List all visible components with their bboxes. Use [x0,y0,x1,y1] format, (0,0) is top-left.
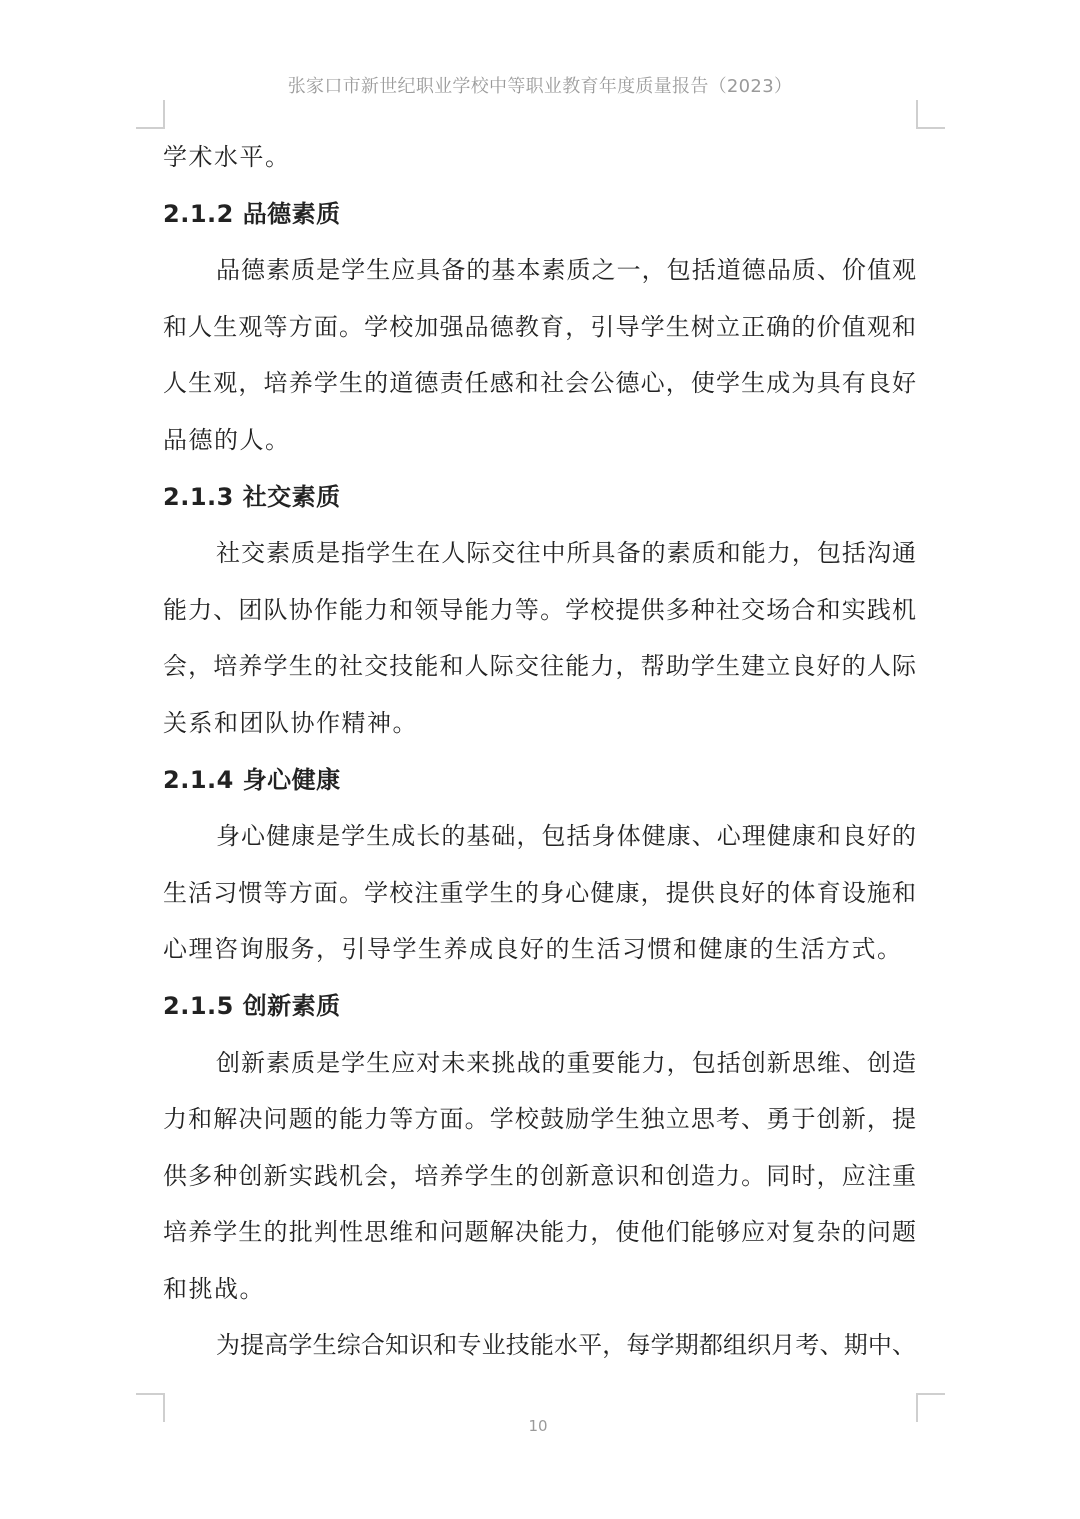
section-heading-2-1-2: 2.1.2 品德素质 [163,186,916,243]
body-text: 学术水平。 2.1.2 品德素质 品德素质是学生应具备的基本素质之一，包括道德品… [163,129,916,1374]
crop-mark-top-right [916,100,945,129]
paragraph-line: 品德的人。 [163,412,916,469]
paragraph-line: 培养学生的批判性思维和问题解决能力，使他们能够应对复杂的问题 [163,1204,916,1261]
paragraph-line: 为提高学生综合知识和专业技能水平，每学期都组织月考、期中、 [163,1317,916,1374]
paragraph-line: 生活习惯等方面。学校注重学生的身心健康，提供良好的体育设施和 [163,865,916,922]
paragraph-line: 会，培养学生的社交技能和人际交往能力，帮助学生建立良好的人际 [163,638,916,695]
paragraph-line: 和人生观等方面。学校加强品德教育，引导学生树立正确的价值观和 [163,299,916,356]
paragraph-line: 心理咨询服务，引导学生养成良好的生活习惯和健康的生活方式。 [163,921,916,978]
running-header: 张家口市新世纪职业学校中等职业教育年度质量报告（2023） [0,72,1080,102]
continuation-line: 学术水平。 [163,129,916,186]
paragraph-line: 和挑战。 [163,1261,916,1318]
paragraph-line: 创新素质是学生应对未来挑战的重要能力，包括创新思维、创造 [163,1035,916,1092]
paragraph-line: 社交素质是指学生在人际交往中所具备的素质和能力，包括沟通 [163,525,916,582]
page-number: 10 [0,1414,1076,1438]
crop-mark-top-left [136,100,165,129]
section-heading-2-1-4: 2.1.4 身心健康 [163,752,916,809]
paragraph-line: 能力、团队协作能力和领导能力等。学校提供多种社交场合和实践机 [163,582,916,639]
section-heading-2-1-3: 2.1.3 社交素质 [163,469,916,526]
paragraph-line: 人生观，培养学生的道德责任感和社会公德心，使学生成为具有良好 [163,355,916,412]
paragraph-line: 供多种创新实践机会，培养学生的创新意识和创造力。同时，应注重 [163,1148,916,1205]
paragraph-line: 品德素质是学生应具备的基本素质之一，包括道德品质、价值观 [163,242,916,299]
document-page: 张家口市新世纪职业学校中等职业教育年度质量报告（2023） 学术水平。 2.1.… [0,0,1080,1519]
paragraph-line: 身心健康是学生成长的基础，包括身体健康、心理健康和良好的 [163,808,916,865]
paragraph-line: 力和解决问题的能力等方面。学校鼓励学生独立思考、勇于创新，提 [163,1091,916,1148]
paragraph-line: 关系和团队协作精神。 [163,695,916,752]
section-heading-2-1-5: 2.1.5 创新素质 [163,978,916,1035]
